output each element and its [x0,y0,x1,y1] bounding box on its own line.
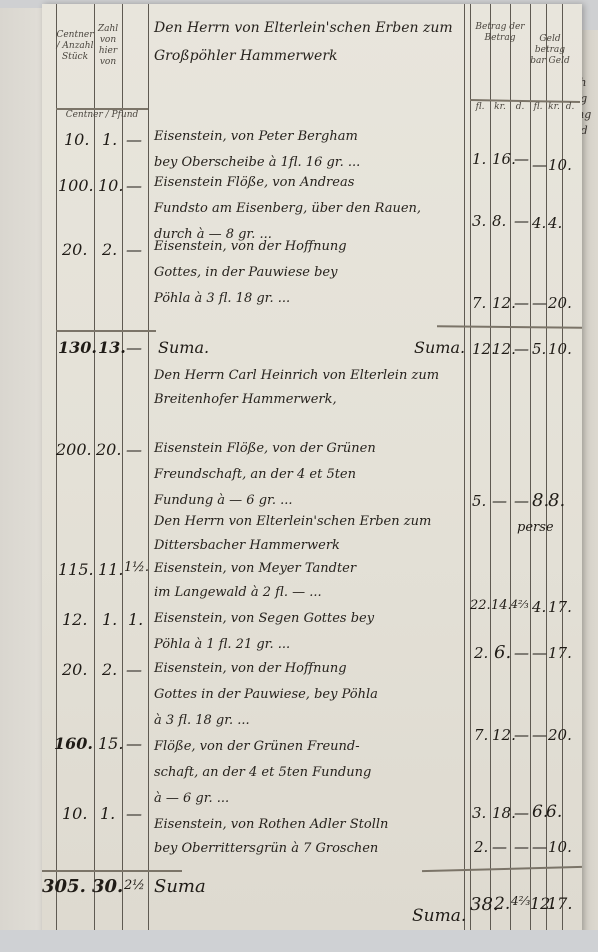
entry-sub: — [126,804,142,823]
entry-line: Pöhla à 1 fl. 21 gr. ... [154,632,290,658]
amount-d: — [514,644,529,662]
total-cash-fl: 5. [532,340,546,358]
entry-line: bey Oberrittersgrün à 7 Groschen [154,836,378,862]
header-cash: Geld betrag bar Geld [530,34,570,67]
amount-d: — [514,294,529,312]
cash-fl: — [532,644,547,662]
entry-sub: — [126,660,142,679]
entry-sub: — [126,240,142,259]
amount-kr: — [492,492,507,510]
entry-qty: 20. [62,660,87,679]
entry-line: à — 6 gr. ... [154,786,229,812]
entry-num: 10. [98,176,123,195]
entry-qty: 200. [56,440,92,459]
amount-kr: 12. [492,294,516,312]
amount-fl: 3. [472,804,486,822]
cash-fl: — [532,726,547,744]
entry-num: 11. [98,560,123,579]
amount-kr: 18. [492,804,516,822]
header-cash-fl: fl. [530,102,546,113]
entry-line: Fundsto am Eisenberg, über den Rauen, [154,196,421,222]
entry-line: schaft, an der 4 et 5ten Fundung [154,760,371,786]
entry-line: Eisenstein, von der Hoffnung [154,656,347,682]
amount-d: — [514,492,529,510]
amount-d: — [514,804,529,822]
ledger-page: Centner / Anzahl Stück Zahl von hier von… [42,4,582,939]
amount-kr: 6. [494,642,511,663]
header-bundles: Zahl von hier von [94,24,122,68]
cash-kr: 10. [548,156,572,174]
section-heading: Den Herrn Carl Heinrich von Elterlein zu… [154,364,454,412]
entry-qty: 10. [64,130,89,149]
header-unit-fl: fl. [470,102,490,113]
total-num: 13. [98,338,126,357]
header-cash-d: d. [562,102,578,113]
cash-kr: 17. [548,598,572,616]
amount-kr: 14. [491,598,512,613]
total-sub: 2½ [124,878,145,893]
total-amount-kr: 12. [492,340,516,358]
amount-fl: 7. [474,726,488,744]
cash-fl: 4. [532,598,546,616]
entry-line: Flöße, von der Grünen Freund- [154,734,360,760]
amount-kr: 12. [492,726,516,744]
amount-kr: — [492,838,507,856]
cash-kr: 8. [548,490,565,511]
entry-sub: — [126,440,142,459]
total-amount-d: — [514,340,529,358]
total-sub: — [126,338,142,357]
entry-sub: — [126,734,142,753]
entry-line: à 3 fl. 18 gr. ... [154,708,250,734]
amount-d: — [514,838,529,856]
entry-num: 2. [102,660,117,679]
entry-qty: 10. [62,804,87,823]
suma-label-right: Suma. [412,906,466,926]
entry-sub: 1½. [124,560,149,575]
cash-fl: — [532,294,547,312]
entry-line: Eisenstein, von der Hoffnung [154,234,347,260]
header-cash-kr: kr. [546,102,562,113]
cash-kr: 6. [546,802,562,822]
amount-kr: 8. [492,212,506,230]
header-sub: Centner / Pfund [56,110,148,121]
entry-qty: 12. [62,610,87,629]
section-heading: Den Herrn von Elterlein'schen Erben zum … [154,14,454,70]
total-cash-kr: 17. [547,894,572,913]
amount-d: — [514,150,529,168]
entry-line: Eisenstein, von Peter Bergham [154,124,358,150]
entry-line: Freundschaft, an der 4 et 5ten [154,462,356,488]
entry-qty: 100. [58,176,94,195]
entry-qty: 160. [54,734,93,753]
header-unit-kr: kr. [490,102,510,113]
amount-fl: 22. [470,598,491,613]
amount-fl: 3. [472,212,486,230]
header-amount: Betrag der Betrag [470,22,530,44]
total-qty: 130. [58,338,97,357]
entry-num: 1. [100,804,115,823]
entry-line: Eisenstein, von Segen Gottes bey [154,606,374,632]
amount-fl: 2. [474,838,488,856]
header-unit-d: d. [510,102,530,113]
cash-kr: 20. [548,726,572,744]
entry-num: 1. [102,610,117,629]
cash-kr: 20. [548,294,572,312]
entry-num: 20. [96,440,121,459]
total-amount-d: 4⅔ [511,894,530,908]
total-qty: 305. [42,876,86,897]
suma-label: Suma. [158,338,209,357]
background-surface [0,930,598,952]
cash-fl: — [532,838,547,856]
cash-fl: — [532,156,547,174]
total-num: 30. [92,876,123,897]
entry-qty: 20. [62,240,87,259]
cash-kr: 17. [548,644,572,662]
entry-qty: 115. [58,560,94,579]
amount-fl: 5. [472,492,486,510]
entry-sub: 1. [128,610,143,629]
total-amount-kr: 2. [494,894,510,914]
total-cash-kr: 10. [548,340,572,358]
cash-fl: 4. [532,214,546,232]
entry-line: Eisenstein, von Rothen Adler Stolln [154,812,388,838]
cash-kr: 4. [548,214,562,232]
entry-line: im Langewald à 2 fl. — ... [154,580,322,606]
amount-d: — [514,212,529,230]
entry-line: Eisenstein Flöße, von Andreas [154,170,354,196]
header-quantity: Centner / Anzahl Stück [56,30,94,63]
entry-num: 1. [102,130,117,149]
cash-fl: 8. [532,490,549,511]
section-heading: Den Herrn von Elterlein'schen Erben zum … [154,510,464,558]
entry-line: Gottes in der Pauwiese, bey Pöhla [154,682,378,708]
entry-sub: — [126,176,142,195]
suma-label-right: Suma. [414,338,465,357]
entry-line: Eisenstein, von Meyer Tandter [154,556,356,582]
amount-kr: 16. [492,150,516,168]
entry-line: Pöhla à 3 fl. 18 gr. ... [154,286,290,312]
entry-num: 2. [102,240,117,259]
suma-label: Suma [154,876,206,897]
amount-d: — [514,726,529,744]
amount-fl: 2. [474,644,488,662]
entry-line: Gottes, in der Pauwiese bey [154,260,337,286]
perse-note: perse [517,520,554,535]
entry-line: Eisenstein Flöße, von der Grünen [154,436,376,462]
amount-fl: 1. [472,150,486,168]
amount-fl: 7. [472,294,486,312]
entry-num: 15. [98,734,123,753]
amount-d: 4⅔ [511,598,529,611]
entry-sub: — [126,130,142,149]
cash-kr: 10. [548,838,572,856]
